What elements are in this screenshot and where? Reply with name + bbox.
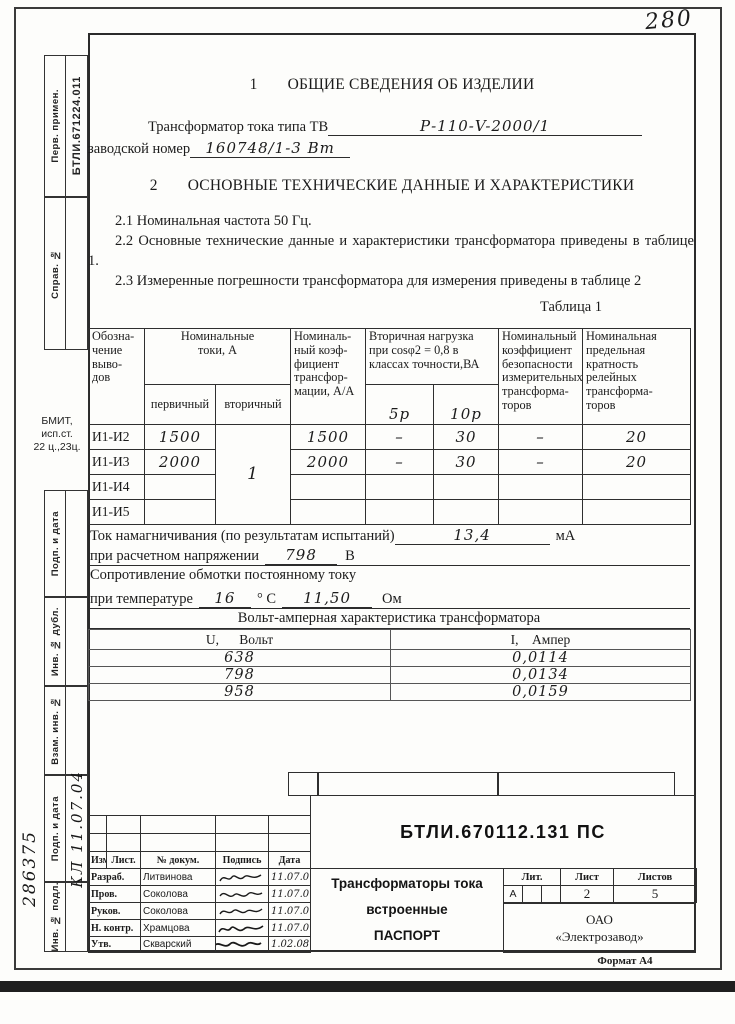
resistance-label: Сопротивление обмотки постоянному току <box>90 567 688 587</box>
signature-icon <box>216 920 269 937</box>
magnetization-line: Ток намагничивания (по результатам испыт… <box>90 525 688 545</box>
table-row: И1-И2 1500 1 1500 – 30 – 20 <box>89 425 691 450</box>
measurements-block: Ток намагничивания (по результатам испыт… <box>88 524 690 701</box>
th-secondary: вторичный <box>216 385 291 425</box>
secondary-current-handwritten: 1 <box>216 425 291 525</box>
handwritten-page-number: 280 <box>644 6 694 35</box>
margin-box-podp-data-1: Подп. и дата <box>44 490 88 597</box>
th-ratio: Номиналь- ный коэф- фициент трансфор- ма… <box>291 329 366 425</box>
temp-label: при температуре <box>90 591 193 608</box>
va-characteristic-title: Вольт-амперная характеристика трансформа… <box>88 609 690 629</box>
sheets-total: 5 <box>614 886 697 903</box>
table-row: И1-И4 <box>89 475 691 500</box>
table1-caption: Таблица 1 <box>540 299 602 316</box>
signature-row: Разраб. Литвинова 11.07.07 <box>89 869 311 886</box>
th-primary: первичный <box>145 385 216 425</box>
col-izm: Изм. <box>89 852 107 869</box>
margin-label: Взам. инв. № <box>50 696 61 765</box>
margin-box-inv-podl: Инв. № подл. <box>44 882 88 952</box>
section1-number: 1 <box>250 76 258 94</box>
signature-icon <box>216 903 269 920</box>
th-secondary-load: Вторичная нагрузка при cosφ2 = 0,8 в кла… <box>366 329 499 385</box>
col-sign: Подпись <box>216 852 269 869</box>
signature-row: Пров. Соколова 11.07.07 <box>89 886 311 903</box>
va-characteristic-table: U, Вольт I, Ампер 638 0,0114 798 0,0134 … <box>88 629 691 701</box>
paragraph-2-2: 2.2 Основные технические данные и характ… <box>88 231 694 271</box>
signature-row: Н. контр. Храмцова 11.07.07 <box>89 920 311 937</box>
serial-value-handwritten: 160748/1-3 Вт <box>190 139 350 158</box>
paragraph-2-3: 2.3 Измеренные погрешности трансформатор… <box>88 271 694 291</box>
th-safety-factor: Номинальный коэффициент безопасности изм… <box>499 329 583 425</box>
scan-bottom-shadow <box>0 981 735 992</box>
section1-title: ОБЩИЕ СВЕДЕНИЯ ОБ ИЗДЕЛИИ <box>288 76 535 94</box>
section2-title: ОСНОВНЫЕ ТЕХНИЧЕСКИЕ ДАННЫЕ И ХАРАКТЕРИС… <box>188 177 635 195</box>
serial-label: заводской номер <box>88 141 190 158</box>
type-value-handwritten: Р-110-V-2000/1 <box>328 117 642 136</box>
margin-box-sprav: Справ. № <box>44 197 88 350</box>
lit-header: Лит. <box>504 869 561 886</box>
transformer-type-line: Трансформатор тока типа ТВ Р-110-V-2000/… <box>88 114 694 136</box>
literature-sheet-grid: Лит. Лист Листов А 2 5 ОАО «Электрозавод… <box>503 868 696 952</box>
magnetization-value-handwritten: 13,4 <box>395 526 550 545</box>
table-row: И1-И5 <box>89 500 691 525</box>
voltage-unit: В <box>337 548 355 565</box>
margin-label: Справ. № <box>50 249 61 299</box>
va-col-current: I, Ампер <box>391 630 691 650</box>
magnetization-label: Ток намагничивания (по результатам испыт… <box>90 528 395 545</box>
col-date: Дата <box>269 852 311 869</box>
signature-table: Изм. Лист. № докум. Подпись Дата Разраб.… <box>88 815 311 953</box>
sheet-number: 2 <box>561 886 614 903</box>
handwritten-inventory-number: 286375 <box>20 830 40 912</box>
margin-label: Инв. № подл. <box>50 882 61 951</box>
list-header: Лист <box>561 869 614 886</box>
document-designation: БТЛИ.670112.131 ПС <box>310 795 696 869</box>
temp-value-handwritten: 16 <box>199 589 251 608</box>
th-terminals: Обозна- чение выво- дов <box>89 329 145 425</box>
scanned-passport-page: 280 Перв. примен. БТЛИ.671224.011 Справ.… <box>0 0 735 1024</box>
margin-value: БТЛИ.671224.011 <box>71 76 83 175</box>
signature-icon <box>216 886 269 903</box>
th-nominal-currents: Номинальные токи, А <box>145 329 291 385</box>
col-doc: № докум. <box>141 852 216 869</box>
document-title: Трансформаторы тока встроенные ПАСПОРТ <box>310 868 504 952</box>
resistance-section: Сопротивление обмотки постоянному току п… <box>88 566 690 609</box>
margin-box-perv-primen: Перв. примен. БТЛИ.671224.011 <box>44 55 88 197</box>
format-label: Формат А4 <box>555 955 695 967</box>
section2-heading: 2 ОСНОВНЫЕ ТЕХНИЧЕСКИЕ ДАННЫЕ И ХАРАКТЕР… <box>88 177 696 195</box>
section2-number: 2 <box>150 177 158 195</box>
th-10p-handwritten: 10р <box>434 385 499 425</box>
voltage-label: при расчетном напряжении <box>90 548 259 565</box>
handwritten-sign-date: КЛ 11.07.04 <box>68 770 86 888</box>
signature-icon <box>216 869 269 886</box>
margin-box-podp-data-2: Подп. и дата КЛ 11.07.04 <box>44 775 88 882</box>
signature-row: Руков. Соколова 11.07.07 <box>89 903 311 920</box>
type-label: Трансформатор тока типа ТВ <box>148 119 328 136</box>
section2-paragraphs: 2.1 Номинальная частота 50 Гц. 2.2 Основ… <box>88 211 694 291</box>
va-row: 958 0,0159 <box>89 684 691 701</box>
resistance-line: при температуре 16 ° С 11,50 Ом <box>90 587 688 608</box>
margin-label: Перв. примен. <box>50 89 61 163</box>
margin-label: Инв. № дубл. <box>50 607 61 676</box>
margin-annotation: БМИТ, исп.ст. 22 ц.,23ц. <box>26 415 88 454</box>
section1-body: Трансформатор тока типа ТВ Р-110-V-2000/… <box>88 114 694 158</box>
signature-row: Утв. Скварский 1.02.08 <box>89 937 311 953</box>
va-row: 798 0,0134 <box>89 667 691 684</box>
table-row: И1-И3 2000 2000 – 30 – 20 <box>89 450 691 475</box>
margin-box-inv-dubl: Инв. № дубл. <box>44 597 88 686</box>
margin-label: Подп. и дата <box>50 796 61 861</box>
resistance-value-handwritten: 11,50 <box>282 589 372 608</box>
temp-unit: ° С <box>251 591 282 608</box>
va-col-voltage: U, Вольт <box>89 630 391 650</box>
title-block-top-strip <box>288 772 675 796</box>
section1-heading: 1 ОБЩИЕ СВЕДЕНИЯ ОБ ИЗДЕЛИИ <box>88 76 696 94</box>
listov-header: Листов <box>614 869 697 886</box>
margin-box-vzam-inv: Взам. инв. № <box>44 686 88 775</box>
th-5p-handwritten: 5р <box>366 385 434 425</box>
table1-technical-data: Обозна- чение выво- дов Номинальные токи… <box>88 328 691 525</box>
paragraph-2-1: 2.1 Номинальная частота 50 Гц. <box>88 211 694 231</box>
signature-icon <box>216 937 269 953</box>
voltage-value-handwritten: 798 <box>265 546 337 565</box>
rated-voltage-line: при расчетном напряжении 798 В <box>90 545 688 565</box>
magnetization-section: Ток намагничивания (по результатам испыт… <box>88 524 690 566</box>
lit-value: А <box>504 886 523 903</box>
col-list: Лист. <box>107 852 141 869</box>
resistance-unit: Ом <box>372 591 402 608</box>
margin-label: Подп. и дата <box>50 511 61 576</box>
th-limit-multiplicity: Номинальная предельная кратность релейны… <box>583 329 691 425</box>
va-row: 638 0,0114 <box>89 650 691 667</box>
magnetization-unit: мА <box>550 528 576 545</box>
serial-number-line: заводской номер 160748/1-3 Вт <box>88 136 694 158</box>
company-name: ОАО «Электрозавод» <box>503 903 696 953</box>
